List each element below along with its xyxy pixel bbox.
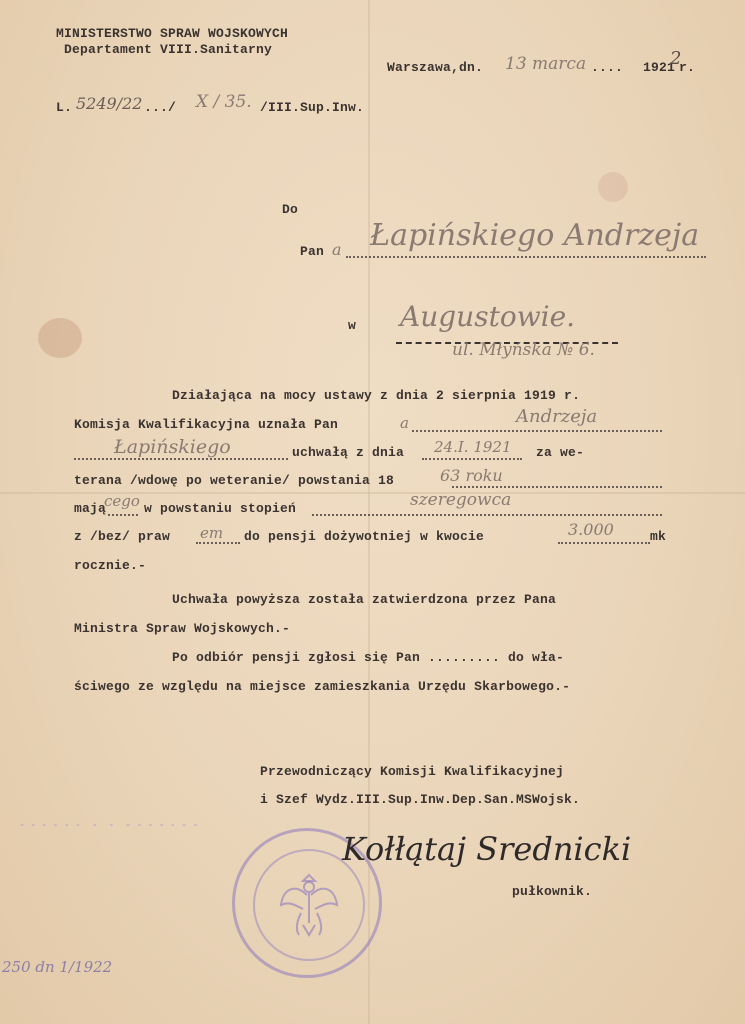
body-line-2-hand-name: Andrzeja [516,406,597,427]
recipient-name-handwritten: Łapińskiego Andrzeja [370,218,699,253]
body-line-6: z /bez/ praw em do pensji dożywotniej w … [74,524,684,548]
body-line-6-dots-2 [558,542,650,544]
place-date-line: Warszawa,dn. 13 marca .... 1921 2 r. [387,58,717,80]
department-heading: Departament VIII.Sanitarny [64,42,272,57]
body-line-5-dots-1 [108,514,138,516]
body-line-6-mid: do pensji dożywotniej w kwocie [244,529,484,544]
stain [38,318,82,358]
body-line-6-hand-amount: 3.000 [568,520,614,539]
eagle-icon [277,869,341,941]
body-line-3-dots-1 [74,458,288,460]
body-line-6-hand: em [200,524,223,542]
body-line-4: terana /wdowę po weteranie/ powstania 18… [74,468,684,492]
recipient-city-handwritten: Augustowie. [400,300,575,333]
ministry-heading: MINISTERSTWO SPRAW WOJSKOWYCH [56,26,288,41]
body-line-5-prefix: mają [74,501,106,516]
recipient-name-dotted-line [346,256,706,258]
date-dots: .... [591,60,623,75]
ref-number-handwritten: 5249/22 [76,94,142,113]
ref-slash: / [168,100,176,115]
body-line-5-dots-2 [312,514,662,516]
body-line-8: Uchwała powyższa została zatwierdzona pr… [172,592,556,607]
signatory-title-2: i Szef Wydz.III.Sup.Inw.Dep.San.MSWojsk. [260,792,580,807]
body-line-6-prefix: z /bez/ praw [74,529,170,544]
stain [598,172,628,202]
body-line-3-hand-date: 24.I. 1921 [434,438,512,456]
body-line-3-mid: uchwałą z dnia [292,445,404,460]
body-line-10: Po odbiór pensji zgłosi się Pan ........… [172,650,564,665]
body-line-5: mają cego w powstaniu stopień szeregowca [74,496,684,520]
body-line-4-hand: 63 roku [440,466,503,485]
body-line-2-prefix: Komisja Kwalifikacyjna uznała Pan [74,417,338,432]
body-line-6-suffix: mk [650,529,666,544]
in-label: w [348,318,356,333]
body-line-4-dots [452,486,662,488]
body-line-9: Ministra Spraw Wojskowych.- [74,621,290,636]
ref-suffix: /III.Sup.Inw. [260,100,364,115]
signatory-title-1: Przewodniczący Komisji Kwalifikacyjnej [260,764,564,779]
faded-stamp-text: - - - - - - - - - - - - - - - [20,818,199,831]
signatory-rank: pułkownik. [512,884,592,899]
body-line-11: ściwego ze względu na miejsce zamieszkan… [74,679,570,694]
year-suffix: r. [679,60,695,75]
ref-middle-handwritten: X / 35. [196,92,252,112]
body-line-3-dots-2 [422,458,522,460]
body-line-5-hand-rank: szeregowca [410,490,511,510]
reference-number-line: L. 5249/22 ... / X / 35. /III.Sup.Inw. [56,96,396,120]
body-line-3: Łapińskiego uchwałą z dnia 24.I. 1921 za… [74,440,684,464]
body-line-5-hand: cego [104,492,140,510]
date-handwritten: 13 marca [505,54,586,74]
body-line-4-prefix: terana /wdowę po weteranie/ powstania 18 [74,473,394,488]
body-line-7: rocznie.- [74,558,146,573]
body-line-3-hand-surname: Łapińskiego [114,436,231,458]
body-line-3-suffix: za we- [536,445,584,460]
body-line-6-dots-1 [196,542,240,544]
ref-prefix: L. [56,100,72,115]
pan-suffix-handwritten: a [332,240,342,259]
body-line-2-dots [412,430,662,432]
place-date-prefix: Warszawa,dn. [387,60,483,75]
to-label: Do [282,202,298,217]
signature-handwritten: Kołłątaj Srednicki [342,830,631,868]
body-line-5-mid: w powstaniu stopień [144,501,296,516]
margin-note-handwritten: 250 dn 1/1922 [2,958,112,976]
body-line-2-hand-suffix: a [400,414,409,432]
body-line-1: Działająca na mocy ustawy z dnia 2 sierp… [172,388,580,403]
ref-dots: ... [144,100,168,115]
recipient-street-handwritten: ul. Młyńska № 6. [452,340,595,360]
pan-label: Pan [300,244,324,259]
body-line-2: Komisja Kwalifikacyjna uznała Pan a Andr… [74,412,684,436]
